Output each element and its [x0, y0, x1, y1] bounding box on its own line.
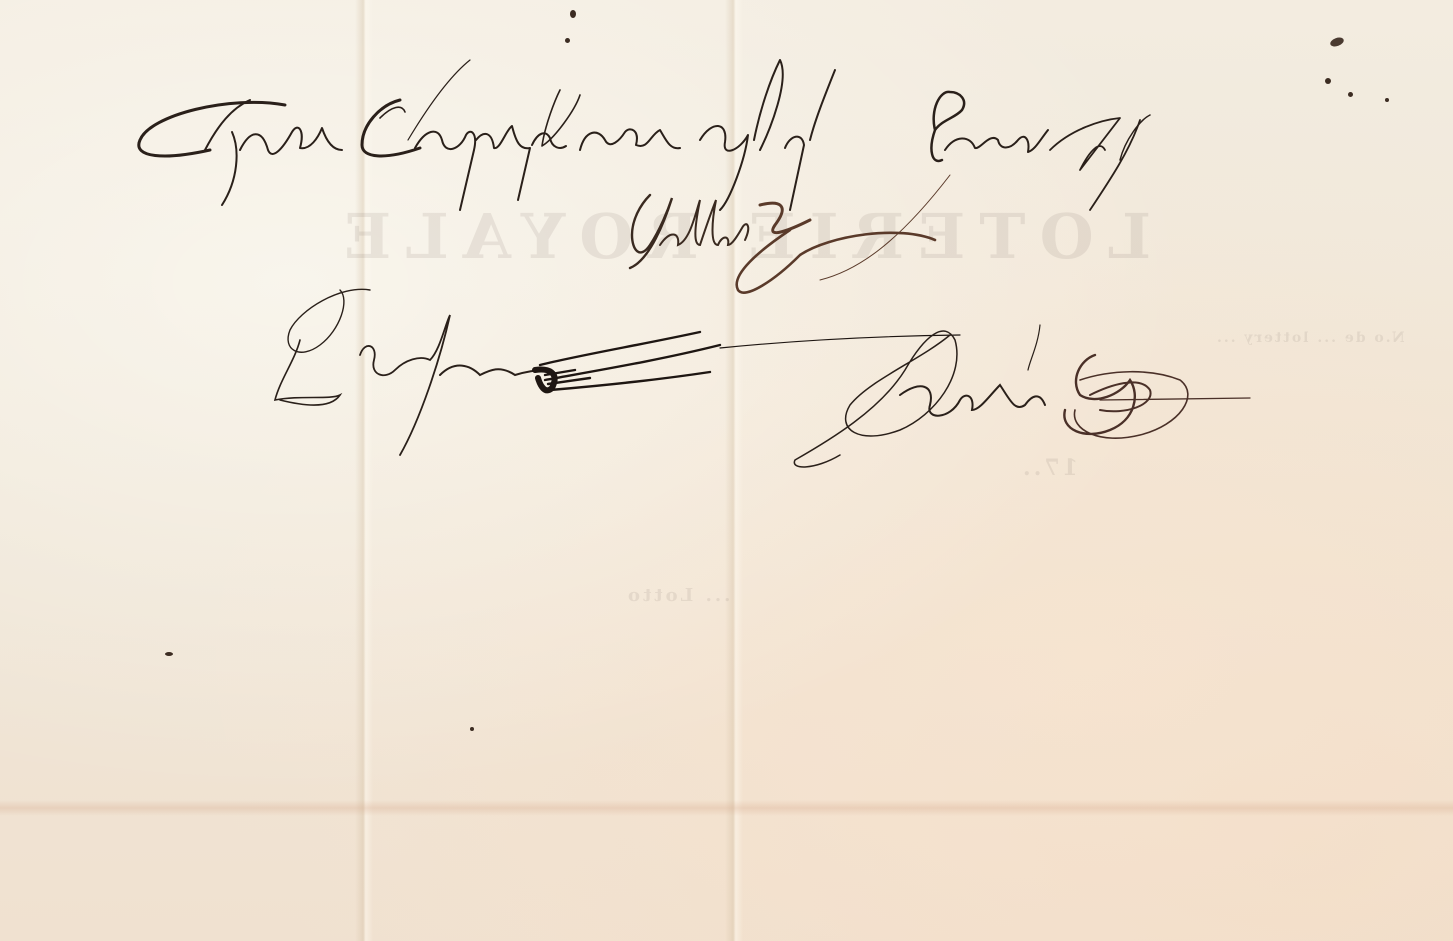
document-page: LOTERIE ROYALE N.o de ... lottery ... 17…: [0, 0, 1453, 941]
handwriting-strokes: [0, 0, 1453, 941]
